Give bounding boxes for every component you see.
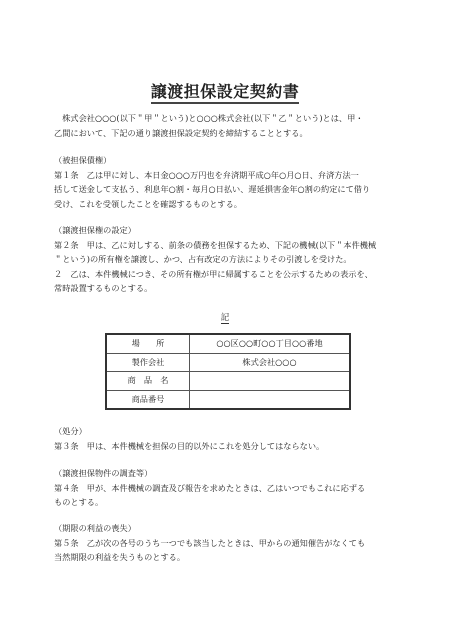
article-line: 常時設置するものとする。 (54, 281, 404, 296)
article-line: 当然期限の利益を失うものとする。 (54, 550, 404, 565)
article-line: ＂という)の所有権を譲渡し、かつ、占有改定の方法によりその引渡しを受けた。 (54, 252, 404, 267)
table-row: 製作会社 株式会社○○○ (106, 353, 350, 372)
article-heading: （被担保債権） (54, 153, 404, 168)
table-key: 商品番号 (106, 390, 190, 409)
article-heading: （譲渡担保物件の調査等） (54, 466, 404, 481)
article-3: （処分） 第３条 甲は、本件機械を担保の目的以外にこれを処分してはならない。 (54, 424, 404, 453)
table-key: 商 品 名 (106, 372, 190, 391)
article-line: 第３条 甲は、本件機械を担保の目的以外にこれを処分してはならない。 (54, 439, 404, 454)
article-heading: （処分） (54, 424, 404, 439)
article-4: （譲渡担保物件の調査等） 第４条 甲が、本件機械の調査及び報告を求めたときは、乙… (54, 466, 404, 510)
table-key: 場 所 (106, 334, 190, 353)
table-value (190, 390, 351, 409)
preamble-line: 株式会社○○○(以下＂甲＂という)と○○○株式会社(以下＂乙＂という)とは、甲・ (54, 111, 404, 126)
table-key: 製作会社 (106, 353, 190, 372)
item-table: 場 所 ○○区○○町○○丁目○○番地 製作会社 株式会社○○○ 商 品 名 商品… (105, 333, 351, 410)
article-line: 受け、これを受領したことを確認するものとする。 (54, 197, 404, 212)
article-1: （被担保債権） 第１条 乙は甲に対し、本日金○○○万円也を弁済期平成○年○月○日… (54, 153, 404, 211)
table-value: 株式会社○○○ (190, 353, 351, 372)
table-row: 商 品 名 (106, 372, 350, 391)
preamble-line: 乙間において、下記の通り譲渡担保設定契約を締結することとする。 (54, 126, 404, 141)
article-line: 括して送金して支払う、利息年○割・毎月○日払い、遅延損害金年○割の約定にて借り (54, 182, 404, 197)
article-line: ものとする。 (54, 495, 404, 510)
article-heading: （期限の利益の喪失） (54, 521, 404, 536)
article-line: 第４条 甲が、本件機械の調査及び報告を求めたときは、乙はいつでもこれに応ずる (54, 481, 404, 496)
article-line: ２ 乙は、本件機械につき、その所有権が甲に帰属することを公示するための表示を、 (54, 267, 404, 282)
table-row: 商品番号 (106, 390, 350, 409)
table-value: ○○区○○町○○丁目○○番地 (190, 334, 351, 353)
ki-text: 記 (221, 313, 230, 324)
article-line: 第１条 乙は甲に対し、本日金○○○万円也を弁済期平成○年○月○日、弁済方法一 (54, 168, 404, 183)
ki-label: 記 (0, 311, 450, 323)
article-line: 第２条 甲は、乙に対しする、前条の債務を担保するため、下記の機械(以下＂本件機械 (54, 238, 404, 253)
article-heading: （譲渡担保権の設定） (54, 223, 404, 238)
article-line: 第５条 乙が次の各号のうち一つでも該当したときは、甲からの通知催告がなくても (54, 536, 404, 551)
article-2: （譲渡担保権の設定） 第２条 甲は、乙に対しする、前条の債務を担保するため、下記… (54, 223, 404, 296)
preamble: 株式会社○○○(以下＂甲＂という)と○○○株式会社(以下＂乙＂という)とは、甲・… (54, 111, 404, 140)
article-5: （期限の利益の喪失） 第５条 乙が次の各号のうち一つでも該当したときは、甲からの… (54, 521, 404, 565)
table-value (190, 372, 351, 391)
table-row: 場 所 ○○区○○町○○丁目○○番地 (106, 334, 350, 353)
title-text: 譲渡担保設定契約書 (151, 82, 300, 104)
document-title: 譲渡担保設定契約書 (0, 79, 450, 102)
